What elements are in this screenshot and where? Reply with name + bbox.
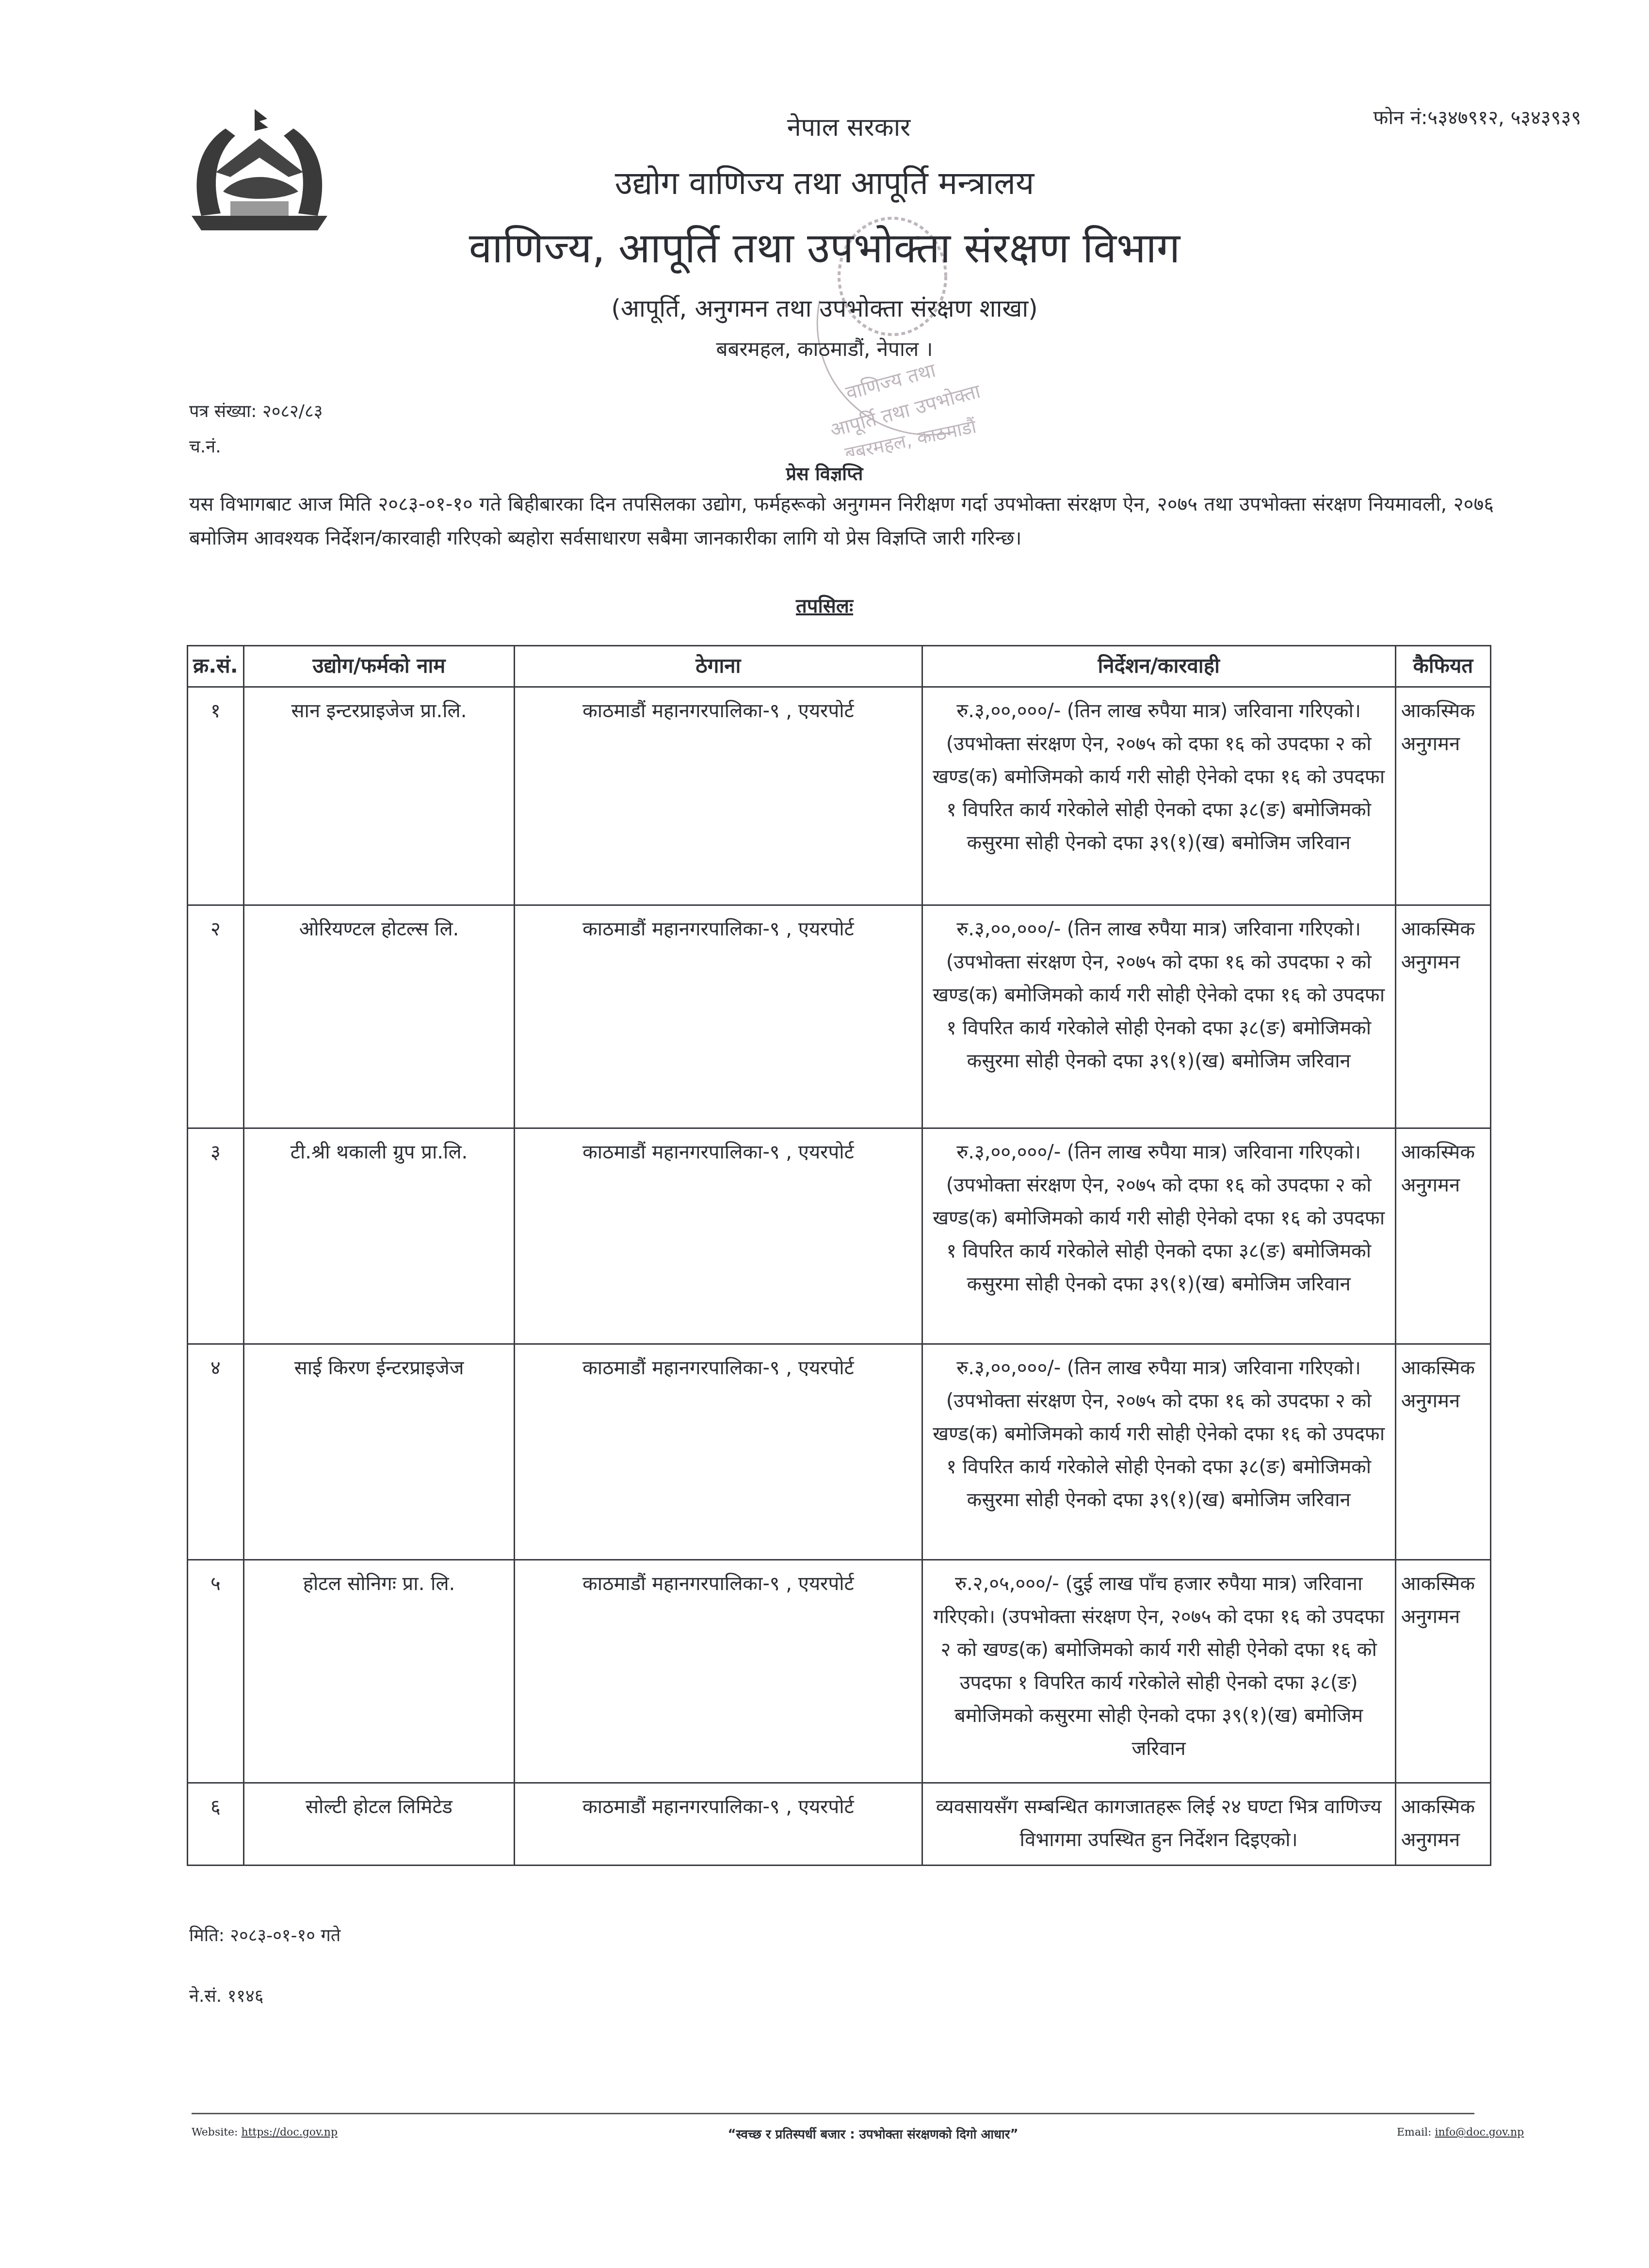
- cell-address: काठमाडौं महानगरपालिका-९ , एयरपोर्ट: [515, 905, 922, 1128]
- office-address: बबरमहल, काठमाडौं, नेपाल ।: [533, 335, 1115, 362]
- cell-address: काठमाडौं महानगरपालिका-९ , एयरपोर्ट: [515, 1128, 922, 1344]
- cell-serial: ५: [188, 1560, 244, 1783]
- cell-remark: आकस्मिक अनुगमन: [1395, 1128, 1490, 1344]
- cell-action: रु.३,००,०००/- (तिन लाख रुपैया मात्र) जरि…: [922, 1128, 1395, 1344]
- website-link[interactable]: https://doc.gov.np: [242, 2126, 338, 2139]
- cell-remark: आकस्मिक अनुगमन: [1395, 905, 1490, 1128]
- cell-action: रु.३,००,०००/- (तिन लाख रुपैया मात्र) जरि…: [922, 687, 1395, 905]
- cell-serial: १: [188, 687, 244, 905]
- table-header-row: क्र.सं. उद्योग/फर्मको नाम ठेगाना निर्देश…: [188, 646, 1491, 687]
- phone-number: फोन नं:५३४७९१२, ५३४३९३९: [1242, 103, 1581, 130]
- table-row: २ ओरियण्टल होटल्स लि. काठमाडौं महानगरपाल…: [188, 905, 1491, 1128]
- table-row: ३ टी.श्री थकाली ग्रुप प्रा.लि. काठमाडौं …: [188, 1128, 1491, 1344]
- header-firm-name: उद्योग/फर्मको नाम: [243, 646, 515, 687]
- cell-remark: आकस्मिक अनुगमन: [1395, 1560, 1490, 1783]
- issue-date: मिति: २०८३-०१-१० गते: [189, 1923, 340, 1946]
- cell-firm-name: टी.श्री थकाली ग्रुप प्रा.लि.: [243, 1128, 515, 1344]
- footer-email: Email: info@doc.gov.np: [1397, 2126, 1524, 2139]
- cell-action: रु.२,०५,०००/- (दुई लाख पाँच हजार रुपैया …: [922, 1560, 1395, 1783]
- cell-firm-name: ओरियण्टल होटल्स लि.: [243, 905, 515, 1128]
- branch-name: (आपूर्ति, अनुगमन तथा उपभोक्ता संरक्षण शा…: [436, 291, 1212, 324]
- cell-action: रु.३,००,०००/- (तिन लाख रुपैया मात्र) जरि…: [922, 905, 1395, 1128]
- cell-address: काठमाडौं महानगरपालिका-९ , एयरपोर्ट: [515, 1783, 922, 1866]
- cell-firm-name: होटल सोनिगः प्रा. लि.: [243, 1560, 515, 1783]
- ministry-name: उद्योग वाणिज्य तथा आपूर्ति मन्त्रालय: [436, 160, 1212, 204]
- press-release-body: यस विभागबाट आज मिति २०८३-०१-१० गते बिहीब…: [189, 487, 1494, 555]
- cell-remark: आकस्मिक अनुगमन: [1395, 687, 1490, 905]
- footer-slogan: “स्वच्छ र प्रतिस्पर्धी बजार : उपभोक्ता स…: [679, 2125, 1067, 2142]
- email-link[interactable]: info@doc.gov.np: [1435, 2126, 1524, 2139]
- dispatch-number: च.नं.: [189, 434, 221, 458]
- letter-number: पत्र संख्या: २०८२/८३: [189, 399, 323, 422]
- cell-serial: ४: [188, 1344, 244, 1560]
- cell-action: व्यवसायसँग सम्बन्धित कागजातहरू लिई २४ घण…: [922, 1783, 1395, 1866]
- cell-address: काठमाडौं महानगरपालिका-९ , एयरपोर्ट: [515, 1560, 922, 1783]
- schedule-heading: तपसिलः: [727, 592, 921, 618]
- department-name: वाणिज्य, आपूर्ति तथा उपभोक्ता संरक्षण वि…: [291, 218, 1358, 275]
- footer-divider: [192, 2113, 1474, 2114]
- table-row: ६ सोल्टी होटल लिमिटेड काठमाडौं महानगरपाल…: [188, 1783, 1491, 1866]
- cell-serial: ३: [188, 1128, 244, 1344]
- cell-firm-name: साई किरण ईन्टरप्राइजेज: [243, 1344, 515, 1560]
- footer-website: Website: https://doc.gov.np: [192, 2126, 338, 2139]
- email-label: Email:: [1397, 2126, 1432, 2139]
- website-label: Website:: [192, 2126, 238, 2139]
- nepal-sambat-year: ने.सं. ११४६: [189, 1983, 264, 2007]
- press-release-title: प्रेस विज्ञप्ति: [630, 461, 1018, 486]
- header-serial: क्र.सं.: [188, 646, 244, 687]
- government-name: नेपाल सरकार: [533, 109, 1164, 144]
- cell-serial: २: [188, 905, 244, 1128]
- table-row: ५ होटल सोनिगः प्रा. लि. काठमाडौं महानगरप…: [188, 1560, 1491, 1783]
- header-action: निर्देशन/कारवाही: [922, 646, 1395, 687]
- cell-firm-name: सान इन्टरप्राइजेज प्रा.लि.: [243, 687, 515, 905]
- cell-serial: ६: [188, 1783, 244, 1866]
- header-remark: कैफियत: [1395, 646, 1490, 687]
- cell-address: काठमाडौं महानगरपालिका-९ , एयरपोर्ट: [515, 1344, 922, 1560]
- cell-remark: आकस्मिक अनुगमन: [1395, 1783, 1490, 1866]
- cell-address: काठमाडौं महानगरपालिका-९ , एयरपोर्ट: [515, 687, 922, 905]
- table-row: १ सान इन्टरप्राइजेज प्रा.लि. काठमाडौं मह…: [188, 687, 1491, 905]
- cell-firm-name: सोल्टी होटल लिमिटेड: [243, 1783, 515, 1866]
- cell-remark: आकस्मिक अनुगमन: [1395, 1344, 1490, 1560]
- header-address: ठेगाना: [515, 646, 922, 687]
- table-row: ४ साई किरण ईन्टरप्राइजेज काठमाडौं महानगर…: [188, 1344, 1491, 1560]
- cell-action: रु.३,००,०००/- (तिन लाख रुपैया मात्र) जरि…: [922, 1344, 1395, 1560]
- enforcement-table: क्र.सं. उद्योग/फर्मको नाम ठेगाना निर्देश…: [187, 645, 1491, 1866]
